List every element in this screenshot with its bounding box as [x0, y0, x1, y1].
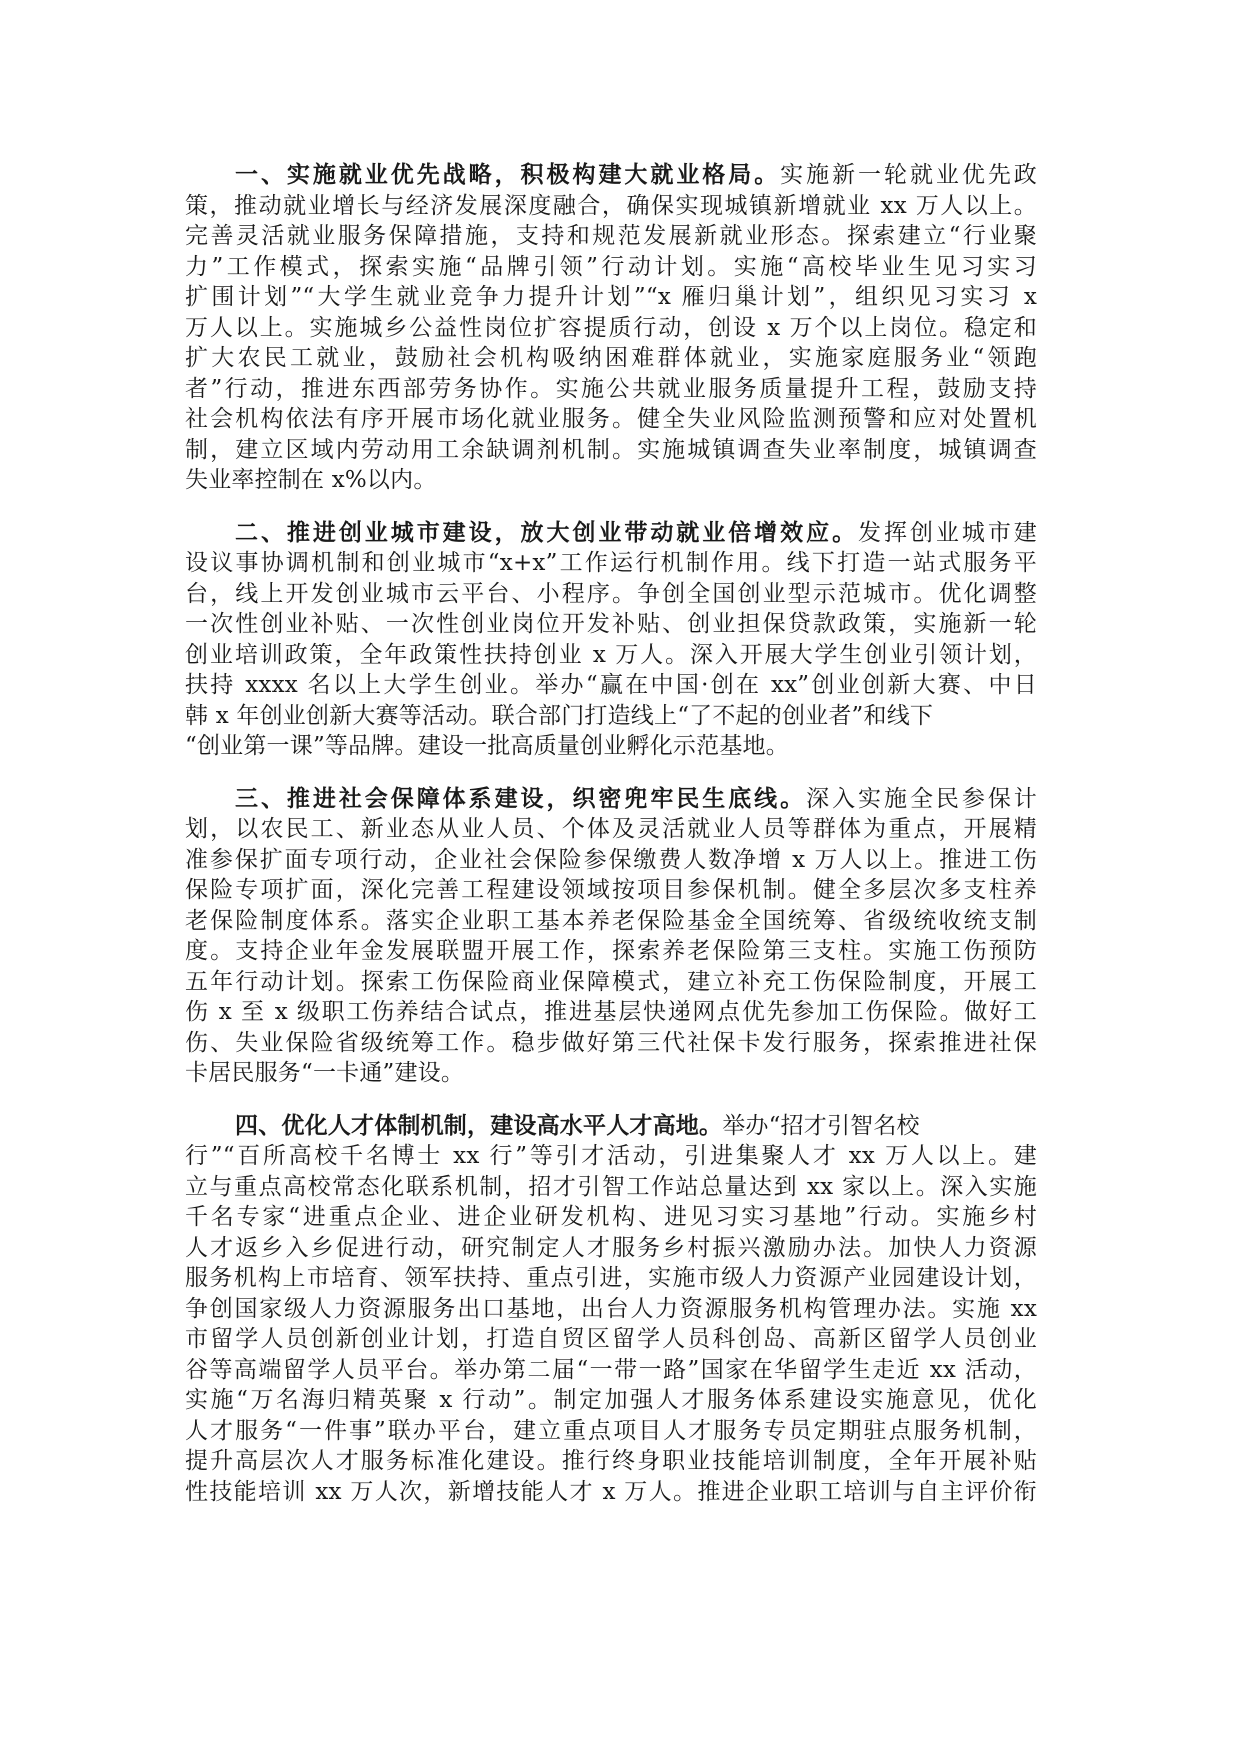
- body-line: 万人以上。实施城乡公益性岗位扩容提质行动，创设 x 万个以上岗位。稳定和: [185, 313, 1037, 344]
- body-line: 力”工作模式，探索实施“品牌引领”行动计划。实施“高校毕业生见习实习: [185, 252, 1037, 283]
- body-line: 立与重点高校常态化联系机制，招才引智工作站总量达到 xx 家以上。深入实施: [185, 1172, 1037, 1203]
- body-line: 扩大农民工就业，鼓励社会机构吸纳困难群体就业，实施家庭服务业“领跑: [185, 343, 1037, 374]
- body-line: 谷等高端留学人员平台。举办第二届“一带一路”国家在华留学生走近 xx 活动，: [185, 1355, 1037, 1386]
- body-line: 伤 x 至 x 级职工伤养结合试点，推进基层快递网点优先参加工伤保险。做好工: [185, 997, 1037, 1028]
- body-line: 划，以农民工、新业态从业人员、个体及灵活就业人员等群体为重点，开展精: [185, 814, 1037, 845]
- body-line: 社会机构依法有序开展市场化就业服务。健全失业风险监测预警和应对处置机: [185, 404, 1037, 435]
- body-text: 深入实施全民参保计: [806, 786, 1037, 812]
- body-line: 争创国家级人力资源服务出口基地，出台人力资源服务机构管理办法。实施 xx: [185, 1294, 1037, 1325]
- body-line: 扩围计划”“大学生就业竞争力提升计划”“x 雁归巢计划”，组织见习实习 x: [185, 282, 1037, 313]
- body-line: 提升高层次人才服务标准化建设。推行终身职业技能培训制度，全年开展补贴: [185, 1446, 1037, 1477]
- section-3: 三、推进社会保障体系建设，织密兜牢民生底线。深入实施全民参保计 划，以农民工、新…: [185, 784, 1037, 1089]
- body-line: 老保险制度体系。落实企业职工基本养老保险基金全国统筹、省级统收统支制: [185, 906, 1037, 937]
- body-line: 伤、失业保险省级统筹工作。稳步做好第三代社保卡发行服务，探索推进社保: [185, 1028, 1037, 1059]
- body-line: 千名专家“进重点企业、进企业研发机构、进见习实习基地”行动。实施乡村: [185, 1202, 1037, 1233]
- section-heading: 二、推进创业城市建设，放大创业带动就业倍增效应。: [235, 520, 858, 546]
- body-line: 扶持 xxxx 名以上大学生创业。举办“赢在中国·创在 xx”创业创新大赛、中日: [185, 670, 1037, 701]
- section-first-line: 一、实施就业优先战略，积极构建大就业格局。实施新一轮就业优先政: [185, 160, 1037, 191]
- section-2: 二、推进创业城市建设，放大创业带动就业倍增效应。发挥创业城市建 设议事协调机制和…: [185, 518, 1037, 762]
- body-text: 实施新一轮就业优先政: [780, 162, 1037, 188]
- body-line: 设议事协调机制和创业城市“x+x”工作运行机制作用。线下打造一站式服务平: [185, 548, 1037, 579]
- section-1: 一、实施就业优先战略，积极构建大就业格局。实施新一轮就业优先政 策，推动就业增长…: [185, 160, 1037, 496]
- document-page: 一、实施就业优先战略，积极构建大就业格局。实施新一轮就业优先政 策，推动就业增长…: [185, 160, 1037, 1529]
- body-line: 人才返乡入乡促进行动，研究制定人才服务乡村振兴激励办法。加快人力资源: [185, 1233, 1037, 1264]
- body-line: 策，推动就业增长与经济发展深度融合，确保实现城镇新增就业 xx 万人以上。: [185, 191, 1037, 222]
- body-line: 者”行动，推进东西部劳务协作。实施公共就业服务质量提升工程，鼓励支持: [185, 374, 1037, 405]
- section-4: 四、优化人才体制机制，建设高水平人才高地。举办“招才引智名校 行”“百所高校千名…: [185, 1111, 1037, 1508]
- body-line: 失业率控制在 x%以内。: [185, 465, 1037, 496]
- body-line: 行”“百所高校千名博士 xx 行”等引才活动，引进集聚人才 xx 万人以上。建: [185, 1141, 1037, 1172]
- body-line: 韩 x 年创业创新大赛等活动。联合部门打造线上“了不起的创业者”和线下: [185, 701, 1037, 732]
- body-line: 创业培训政策，全年政策性扶持创业 x 万人。深入开展大学生创业引领计划，: [185, 640, 1037, 671]
- body-line: 性技能培训 xx 万人次，新增技能人才 x 万人。推进企业职工培训与自主评价衔: [185, 1477, 1037, 1508]
- body-line: 准参保扩面专项行动，企业社会保险参保缴费人数净增 x 万人以上。推进工伤: [185, 845, 1037, 876]
- section-first-line: 四、优化人才体制机制，建设高水平人才高地。举办“招才引智名校: [185, 1111, 1037, 1142]
- body-text: 发挥创业城市建: [858, 520, 1037, 546]
- section-first-line: 二、推进创业城市建设，放大创业带动就业倍增效应。发挥创业城市建: [185, 518, 1037, 549]
- body-line: 度。支持企业年金发展联盟开展工作，探索养老保险第三支柱。实施工伤预防: [185, 936, 1037, 967]
- body-line: 实施“万名海归精英聚 x 行动”。制定加强人才服务体系建设实施意见，优化: [185, 1385, 1037, 1416]
- body-text: 举办“招才引智名校: [722, 1113, 920, 1139]
- section-heading: 三、推进社会保障体系建设，织密兜牢民生底线。: [235, 786, 806, 812]
- body-line: 五年行动计划。探索工伤保险商业保障模式，建立补充工伤保险制度，开展工: [185, 967, 1037, 998]
- body-line: 卡居民服务“一卡通”建设。: [185, 1058, 1037, 1089]
- body-line: 市留学人员创新创业计划，打造自贸区留学人员科创岛、高新区留学人员创业: [185, 1324, 1037, 1355]
- section-first-line: 三、推进社会保障体系建设，织密兜牢民生底线。深入实施全民参保计: [185, 784, 1037, 815]
- body-line: “创业第一课”等品牌。建设一批高质量创业孵化示范基地。: [185, 731, 1037, 762]
- body-line: 一次性创业补贴、一次性创业岗位开发补贴、创业担保贷款政策，实施新一轮: [185, 609, 1037, 640]
- section-heading: 一、实施就业优先战略，积极构建大就业格局。: [235, 162, 780, 188]
- body-line: 服务机构上市培育、领军扶持、重点引进，实施市级人力资源产业园建设计划，: [185, 1263, 1037, 1294]
- section-heading: 四、优化人才体制机制，建设高水平人才高地。: [235, 1113, 722, 1139]
- body-line: 人才服务“一件事”联办平台，建立重点项目人才服务专员定期驻点服务机制，: [185, 1416, 1037, 1447]
- body-line: 完善灵活就业服务保障措施，支持和规范发展新就业形态。探索建立“行业聚: [185, 221, 1037, 252]
- body-line: 制，建立区域内劳动用工余缺调剂机制。实施城镇调查失业率制度，城镇调查: [185, 435, 1037, 466]
- body-line: 台，线上开发创业城市云平台、小程序。争创全国创业型示范城市。优化调整: [185, 579, 1037, 610]
- body-line: 保险专项扩面，深化完善工程建设领域按项目参保机制。健全多层次多支柱养: [185, 875, 1037, 906]
